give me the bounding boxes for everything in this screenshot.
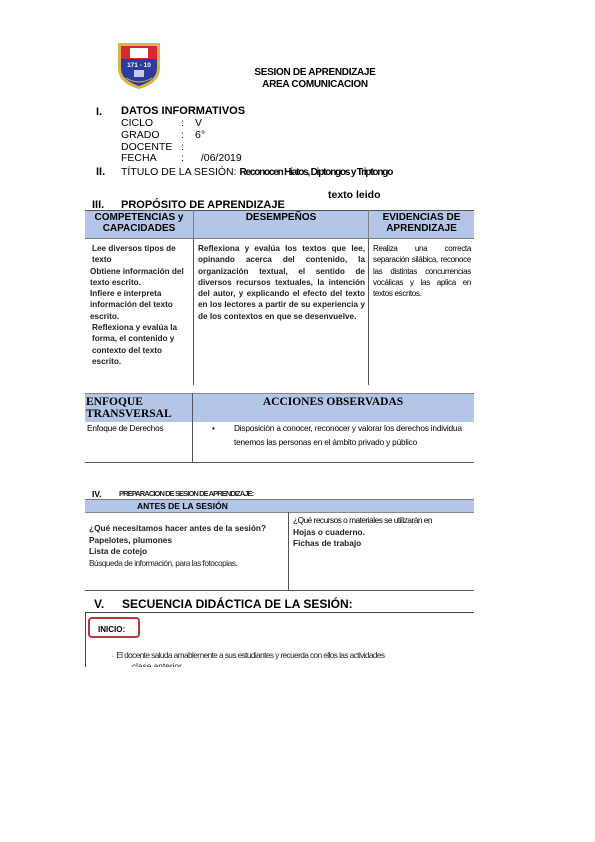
title-line-2: AREA COMUNICACION [35, 79, 595, 91]
competencias-cell: Lee diversos tipos de texto Obtiene info… [85, 239, 194, 386]
session-title-row: TÍTULO DE LA SESIÓN: Reconocen Hiatos, D… [121, 166, 392, 178]
resources-cell: ¿Qué recursos o materiales se utilizarán… [289, 513, 475, 591]
column-header: ACCIONES OBSERVADAS [193, 394, 475, 423]
session-title: Reconocen Hiatos, Diptongos y Triptongo [239, 167, 392, 178]
inicio-item-continuation: clase anterior [132, 661, 182, 667]
preparation-table: ANTES DE LA SESIÓN ¿Qué necesitamos hace… [85, 499, 474, 591]
enfoque-cell: Enfoque de Derechos [85, 422, 193, 463]
column-header: COMPETENCIAS y CAPACIDADES [85, 211, 194, 239]
divider [85, 612, 86, 667]
section-heading: SECUENCIA DIDÁCTICA DE LA SESIÓN: [122, 597, 353, 611]
table-row: Enfoque de Derechos •Disposición a conoc… [85, 422, 474, 463]
evidencias-cell: Realiza una correcta separación silábica… [369, 239, 475, 386]
list-item: tenemos las personas en el ámbito privad… [234, 437, 472, 448]
field-fecha: FECHA : /06/2019 [121, 153, 242, 165]
section-number: IV. [92, 489, 102, 499]
column-header: ENFOQUE TRANSVERSAL [85, 394, 193, 423]
acciones-cell: •Disposición a conocer, reconocer y valo… [193, 422, 475, 463]
inicio-item: ▫El docente saluda amablemente a sus est… [112, 650, 474, 660]
purpose-table: COMPETENCIAS y CAPACIDADES DESEMPEÑOS EV… [85, 210, 474, 385]
before-session-cell: ¿Qué necesitamos hacer antes de la sesió… [85, 513, 289, 591]
column-header: ANTES DE LA SESIÓN [85, 500, 474, 513]
list-item: •Disposición a conocer, reconocer y valo… [234, 423, 472, 434]
divider [85, 612, 474, 613]
title-line-1: SESION DE APRENDIZAJE [35, 67, 595, 79]
desempenos-cell: Reflexiona y evalúa los textos que lee, … [194, 239, 369, 386]
bullet-icon: ▫ [112, 654, 113, 660]
inicio-label: INICIO: [88, 617, 140, 638]
section-number: V. [94, 597, 104, 611]
document-title: SESION DE APRENDIZAJE AREA COMUNICACION [0, 67, 595, 91]
info-fields: CICLO : V GRADO : 6° DOCENTE : FECHA : /… [121, 118, 242, 165]
enfoque-table: ENFOQUE TRANSVERSAL ACCIONES OBSERVADAS … [85, 393, 474, 463]
section-number: II. [96, 166, 105, 178]
bullet-icon: • [212, 423, 215, 434]
field-grado: GRADO : 6° [121, 130, 242, 142]
section-heading: PREPARACION DE SESION DE APRENDIZAJE: [119, 489, 253, 498]
column-header: DESEMPEÑOS [194, 211, 369, 239]
session-title-continuation: texto leido [328, 189, 381, 201]
section-number: I. [96, 106, 102, 118]
session-title-label: TÍTULO DE LA SESIÓN: [121, 166, 237, 178]
column-header: EVIDENCIAS DE APRENDIZAJE [369, 211, 475, 239]
section-heading: DATOS INFORMATIVOS [121, 105, 245, 117]
